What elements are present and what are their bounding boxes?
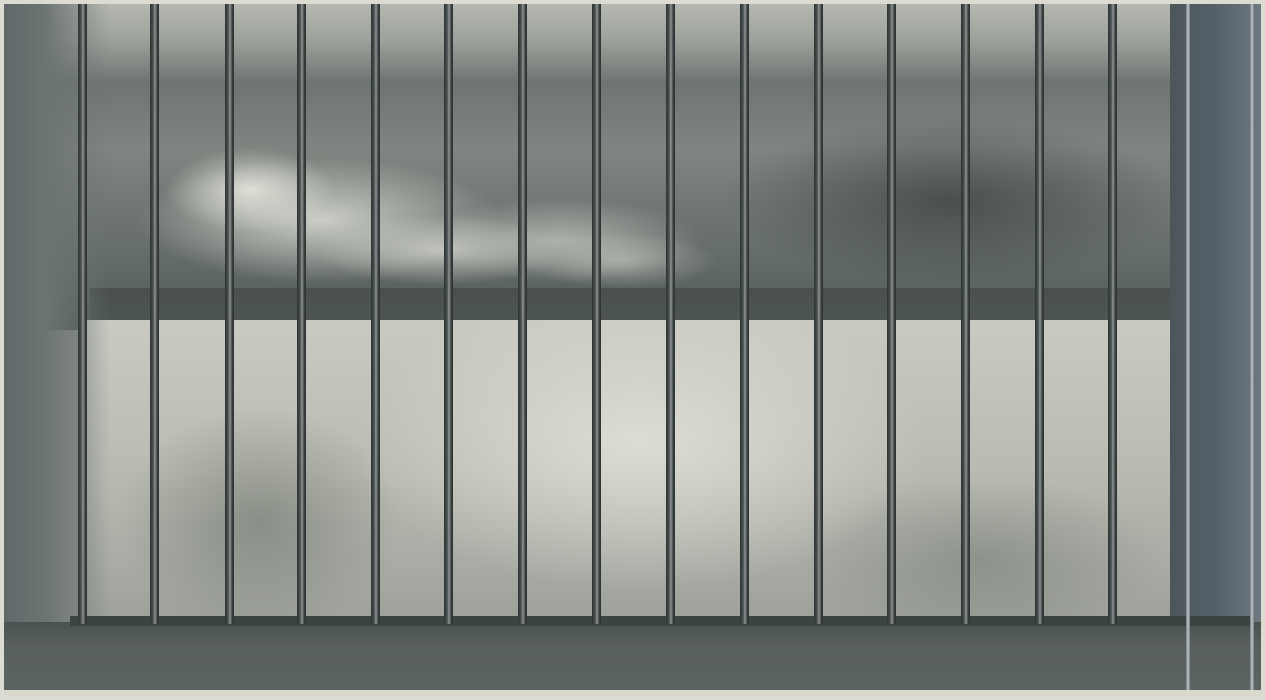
iron-bar	[666, 0, 675, 624]
tomb-photograph	[0, 0, 1265, 700]
iron-bar	[150, 0, 159, 624]
grille-bottom-rail	[70, 616, 1250, 626]
iron-bar	[78, 0, 87, 624]
iron-bar	[961, 0, 970, 624]
iron-bar	[592, 0, 601, 624]
frame-edge-bar	[1186, 0, 1190, 700]
iron-bar	[814, 0, 823, 624]
tomb-chest-wall	[80, 320, 1190, 625]
floor	[0, 622, 1265, 700]
iron-bar	[1108, 0, 1117, 624]
iron-bar	[518, 0, 527, 624]
iron-bar	[297, 0, 306, 624]
iron-bar	[371, 0, 380, 624]
iron-bar	[225, 0, 234, 624]
iron-bar	[1035, 0, 1044, 624]
left-shadow	[0, 0, 110, 700]
iron-bar	[887, 0, 896, 624]
iron-bar	[740, 0, 749, 624]
iron-bar	[444, 0, 453, 624]
frame-edge-bar	[1250, 0, 1254, 700]
